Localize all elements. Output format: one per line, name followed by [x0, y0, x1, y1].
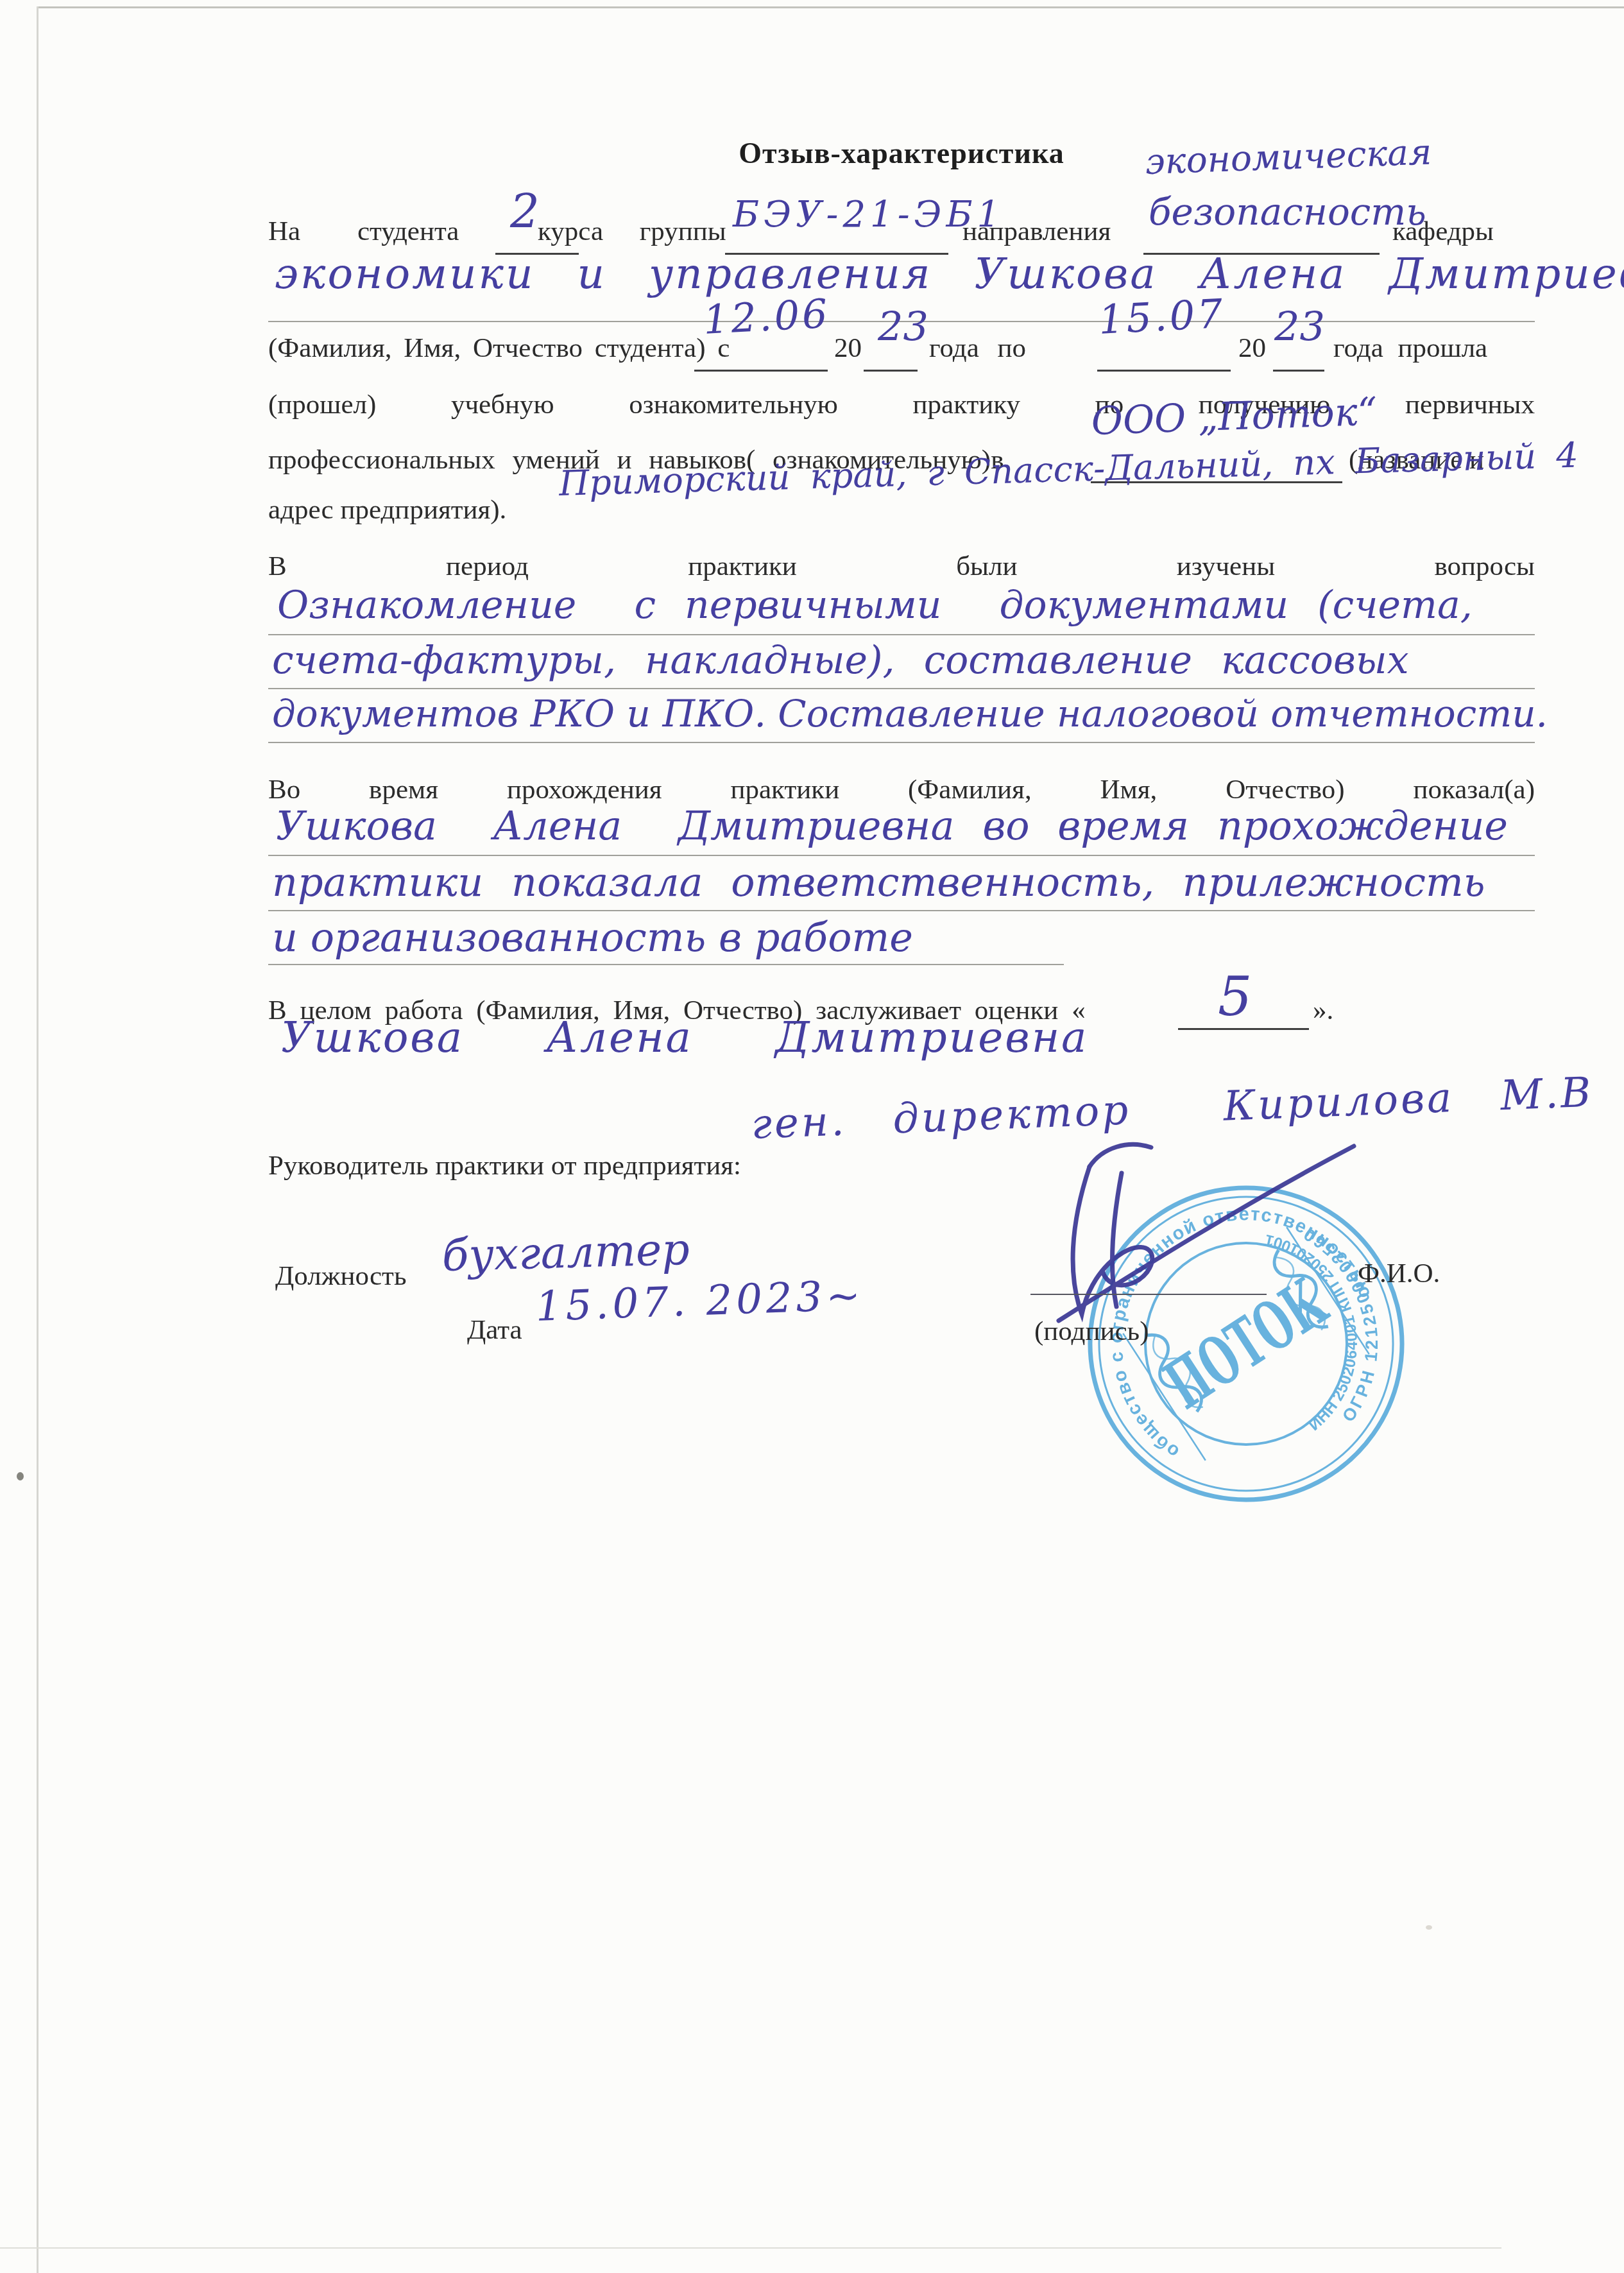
supervisor-label: Руководитель практики от предприятия: — [268, 1150, 741, 1182]
rule-qualities-2 — [268, 910, 1535, 911]
paper-smudge — [1426, 1925, 1432, 1930]
line3-text-2: 20 — [834, 332, 862, 365]
scanned-document-page: Отзыв-характеристика На студента курса г… — [0, 0, 1624, 2273]
signature-scribble — [1025, 1128, 1385, 1340]
hw-grade: 5 — [1218, 965, 1252, 1028]
rule-topics-2 — [268, 688, 1535, 689]
blank-date-from — [694, 370, 828, 372]
hw-course: 2 — [510, 185, 540, 239]
blank-date-to — [1097, 370, 1231, 372]
line3-text-3: года по — [929, 332, 1026, 365]
signature-line — [1030, 1294, 1267, 1295]
hw-year-to: 23 — [1274, 303, 1325, 350]
hw-qualities-2: практики показала ответственность, приле… — [272, 859, 1485, 905]
line1-text-2: курса группы — [538, 216, 726, 248]
hw-group: БЭУ-21-ЭБ1 — [733, 194, 1004, 236]
hw-date-from: 12.06 — [702, 290, 831, 343]
blank-year-from — [864, 370, 918, 372]
blank-year-to — [1273, 370, 1324, 372]
rule-qualities-3 — [268, 964, 1064, 965]
date-label: Дата — [467, 1314, 522, 1346]
fio-label: Ф.И.О. — [1358, 1258, 1440, 1290]
rule-qualities-1 — [268, 855, 1535, 856]
hw-qualities-3: и организованность в работе — [272, 914, 913, 961]
hw-date: 15.07. 2023~ — [534, 1272, 865, 1331]
line6-text-1: адрес предприятия). — [268, 494, 506, 526]
hw-position: бухгалтер — [441, 1224, 690, 1282]
line7-text: В период практики были изучены вопросы — [268, 551, 1535, 583]
hw-topics-3: документов РКО и ПКО. Составление налого… — [272, 692, 1548, 735]
rule-topics-3 — [268, 742, 1535, 743]
line3-text-4: 20 — [1238, 332, 1266, 365]
position-label: Должность — [275, 1260, 407, 1292]
scan-edge-top — [38, 6, 1624, 8]
line3-text-1: (Фамилия, Имя, Отчество студента) с — [268, 332, 730, 365]
ink-speck — [17, 1472, 24, 1480]
blank-grade — [1178, 1028, 1309, 1030]
signature-caption: (подпись) — [1034, 1316, 1149, 1348]
rule-topics-1 — [268, 634, 1535, 635]
scan-edge-left — [37, 6, 38, 2273]
hw-company: ООО „Поток“ — [1091, 389, 1378, 444]
line3-text-5: года прошла — [1333, 332, 1487, 365]
hw-topics-1: Ознакомление с первичными документами (с… — [277, 583, 1473, 628]
scan-edge-bottom — [0, 2247, 1501, 2249]
line11-text-2: ». — [1313, 995, 1333, 1027]
line1-text-1: На студента — [268, 216, 459, 248]
hw-date-to: 15.07 — [1097, 290, 1226, 343]
line9-text: Во время прохождения практики (Фамилия, … — [268, 774, 1535, 806]
hw-dept-and-name: экономики и управления Ушкова Алена Дмит… — [275, 249, 1624, 298]
hw-qualities-1: Ушкова Алена Дмитриевна во время прохожд… — [276, 802, 1508, 849]
hw-topics-2: счета-фактуры, накладные), составление к… — [272, 638, 1409, 683]
hw-student-name: Ушкова Алена Дмитриевна — [281, 1013, 1088, 1062]
hw-year-from: 23 — [878, 303, 928, 350]
hw-direction-line2: безопасность — [1149, 190, 1426, 234]
